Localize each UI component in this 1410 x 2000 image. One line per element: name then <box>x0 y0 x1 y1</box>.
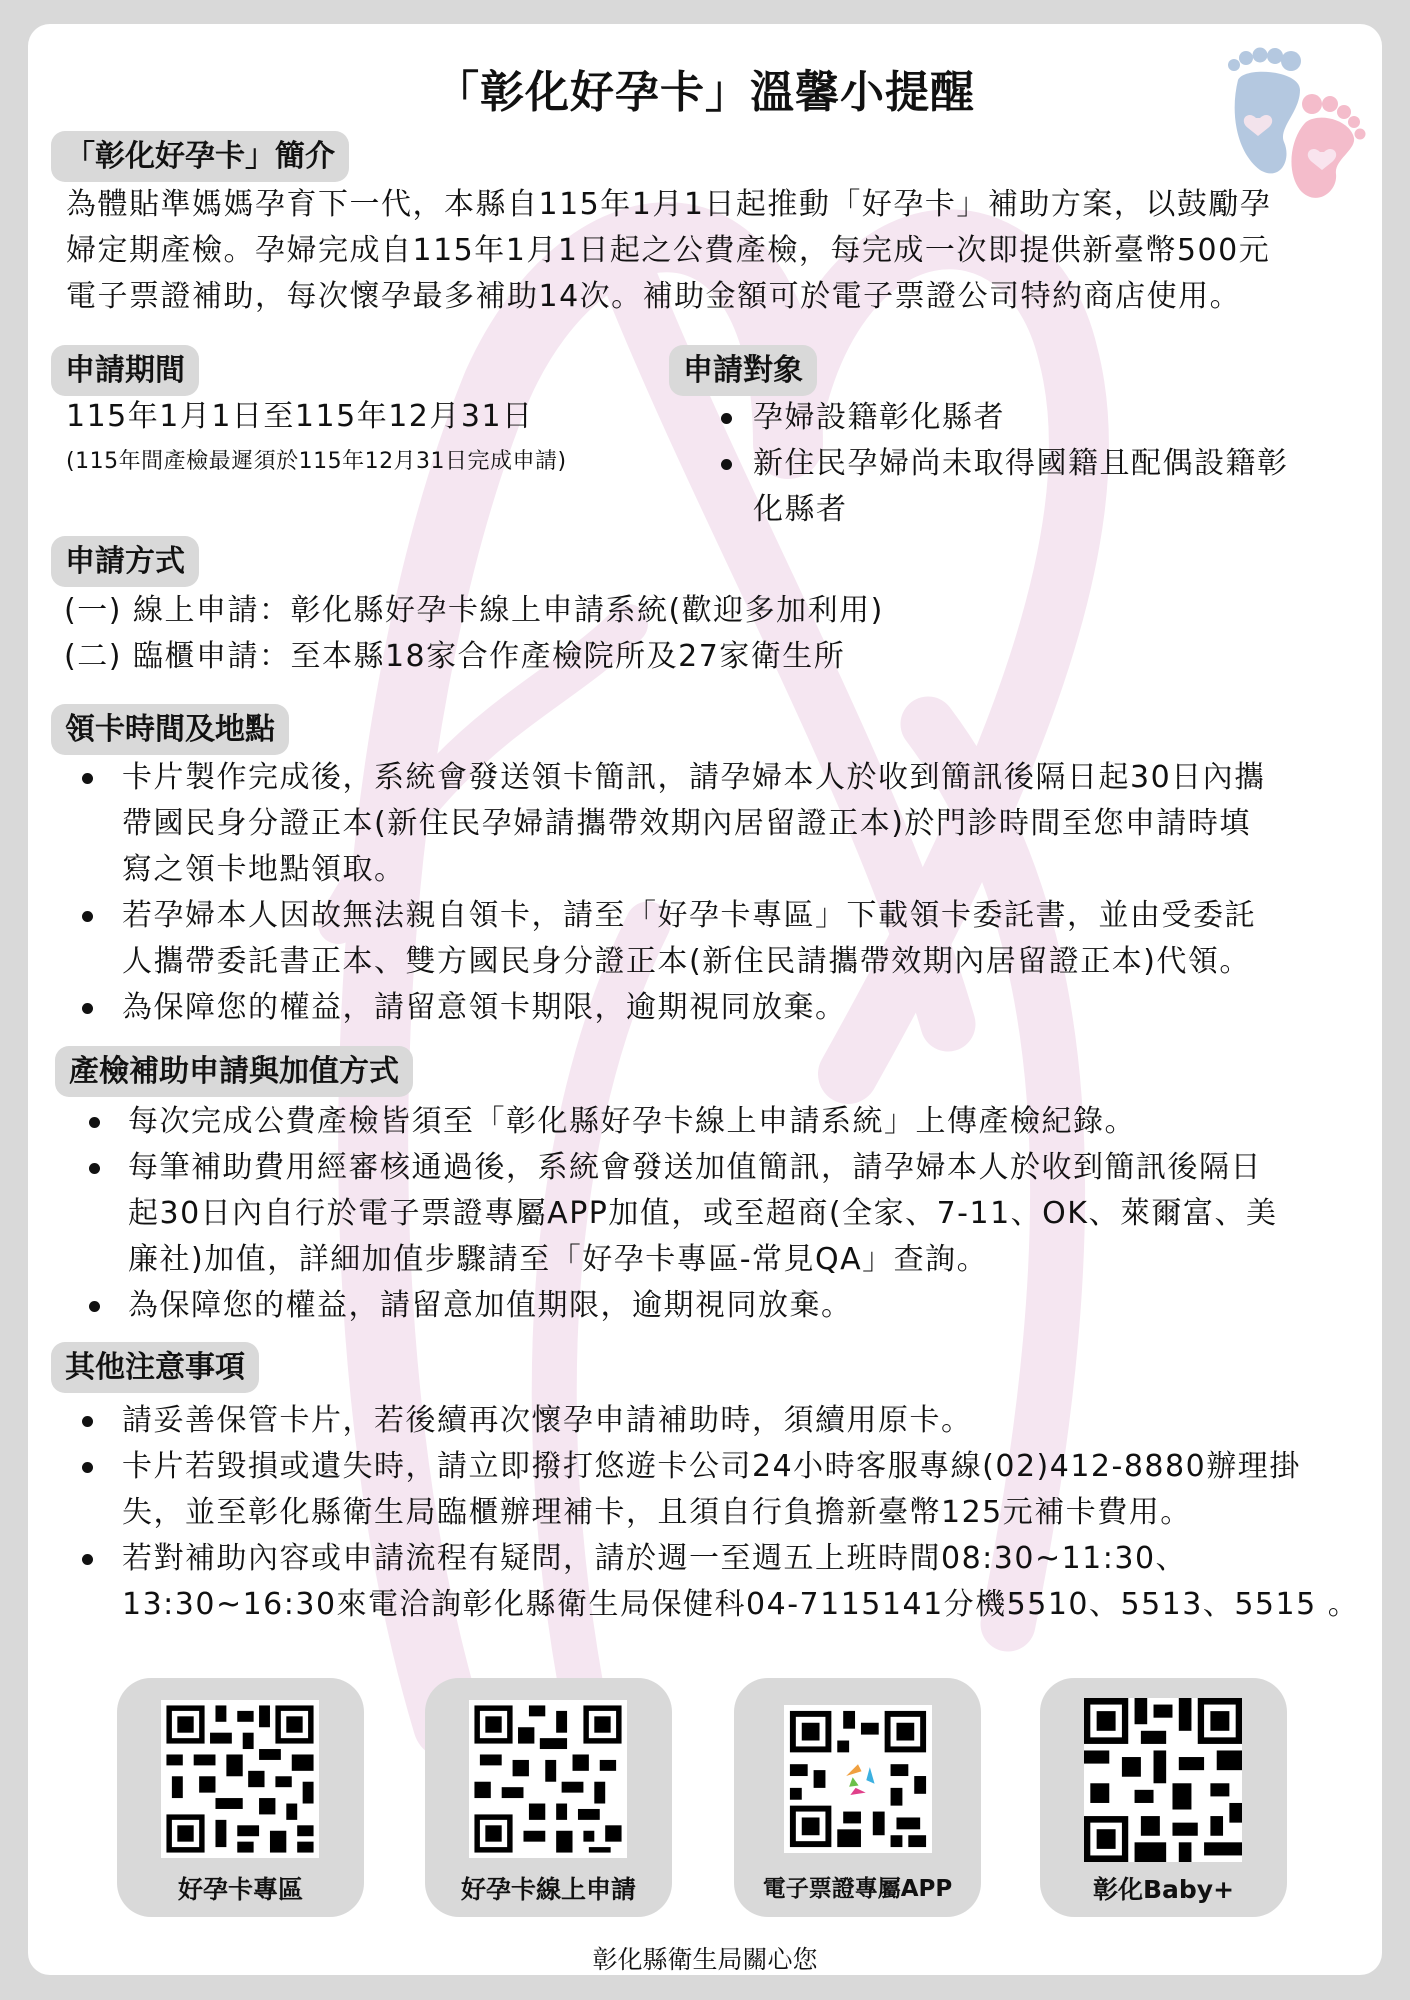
intro-line: 為體貼準媽媽孕育下一代，本縣自115年1月1日起推動「好孕卡」補助方案，以鼓勵孕 <box>66 182 1271 228</box>
method-list: (一) 線上申請：彰化縣好孕卡線上申請系統(歡迎多加利用) (二) 臨櫃申請：至… <box>64 588 884 680</box>
bullet-icon <box>82 1416 93 1427</box>
bullet-icon <box>721 459 732 470</box>
method-counter: (二) 臨櫃申請：至本縣18家合作產檢院所及27家衛生所 <box>64 634 884 680</box>
section-heading-pickup: 領卡時間及地點 <box>51 704 289 755</box>
pickup-list: 卡片製作完成後，系統會發送領卡簡訊，請孕婦本人於收到簡訊後隔日起30日內攜帶國民… <box>82 755 1266 1031</box>
eligibility-list: 孕婦設籍彰化縣者 新住民孕婦尚未取得國籍且配偶設籍彰化縣者 <box>721 395 1289 533</box>
qr-card-online-application[interactable]: 好孕卡線上申請 <box>425 1678 672 1917</box>
bullet-icon <box>82 911 93 922</box>
qr-code-icon[interactable] <box>469 1700 627 1858</box>
qr-code-icon[interactable] <box>161 1700 319 1858</box>
qr-label: 好孕卡專區 <box>117 1870 364 1906</box>
footer-text: 彰化縣衛生局關心您 <box>28 1940 1382 1975</box>
section-heading-subsidy: 產檢補助申請與加值方式 <box>55 1046 413 1097</box>
bullet-icon <box>82 1462 93 1473</box>
qr-code-icon[interactable] <box>1084 1698 1242 1862</box>
list-item: 為保障您的權益，請留意領卡期限，逾期視同放棄。 <box>82 985 1266 1031</box>
section-heading-notes: 其他注意事項 <box>51 1342 259 1393</box>
qr-card-e-ticket-app[interactable]: 電子票證專屬APP <box>734 1678 981 1917</box>
qr-label: 彰化Baby+ <box>1040 1870 1287 1906</box>
bullet-icon <box>721 413 732 424</box>
list-item: 若對補助內容或申請流程有疑問，請於週一至週五上班時間08:30~11:30、13… <box>82 1536 1359 1628</box>
subsidy-list: 每次完成公費產檢皆須至「彰化縣好孕卡線上申請系統」上傳產檢紀錄。 每筆補助費用經… <box>89 1099 1277 1329</box>
bullet-icon <box>82 1003 93 1014</box>
flyer-card: 「彰化好孕卡」溫馨小提醒 「彰化好孕卡」簡介 為體貼準媽媽孕育下一代，本縣自11… <box>28 24 1382 1975</box>
list-item: 為保障您的權益，請留意加值期限，逾期視同放棄。 <box>89 1283 1277 1329</box>
bullet-icon <box>89 1163 100 1174</box>
qr-card-pregnancy-card-zone[interactable]: 好孕卡專區 <box>117 1678 364 1917</box>
section-heading-eligibility: 申請對象 <box>669 345 817 396</box>
list-item: 請妥善保管卡片，若後續再次懷孕申請補助時，須續用原卡。 <box>82 1398 1359 1444</box>
period-note: (115年間產檢最遲須於115年12月31日完成申請) <box>66 444 567 475</box>
list-item: 每筆補助費用經審核通過後，系統會發送加值簡訊，請孕婦本人於收到簡訊後隔日起30日… <box>89 1145 1277 1283</box>
qr-code-icon[interactable] <box>784 1705 932 1853</box>
intro-paragraph: 為體貼準媽媽孕育下一代，本縣自115年1月1日起推動「好孕卡」補助方案，以鼓勵孕… <box>66 182 1271 320</box>
bullet-icon <box>89 1301 100 1312</box>
notes-list: 請妥善保管卡片，若後續再次懷孕申請補助時，須續用原卡。 卡片若毀損或遺失時，請立… <box>82 1398 1359 1628</box>
list-item: 孕婦設籍彰化縣者 <box>721 395 1289 441</box>
list-item: 卡片製作完成後，系統會發送領卡簡訊，請孕婦本人於收到簡訊後隔日起30日內攜帶國民… <box>82 755 1266 893</box>
section-heading-method: 申請方式 <box>51 536 199 587</box>
list-item: 卡片若毀損或遺失時，請立即撥打悠遊卡公司24小時客服專線(02)412-8880… <box>82 1444 1359 1536</box>
intro-line: 婦定期產檢。孕婦完成自115年1月1日起之公費產檢，每完成一次即提供新臺幣500… <box>66 228 1271 274</box>
bullet-icon <box>82 1554 93 1565</box>
qr-label: 電子票證專屬APP <box>734 1870 981 1903</box>
period-range: 115年1月1日至115年12月31日 <box>66 394 534 440</box>
list-item: 新住民孕婦尚未取得國籍且配偶設籍彰化縣者 <box>721 441 1289 533</box>
list-item: 若孕婦本人因故無法親自領卡，請至「好孕卡專區」下載領卡委託書，並由受委託人攜帶委… <box>82 893 1266 985</box>
list-item: 每次完成公費產檢皆須至「彰化縣好孕卡線上申請系統」上傳產檢紀錄。 <box>89 1099 1277 1145</box>
section-heading-intro: 「彰化好孕卡」簡介 <box>51 131 349 182</box>
qr-card-changhua-baby-plus[interactable]: 彰化Baby+ <box>1040 1678 1287 1917</box>
intro-line: 電子票證補助，每次懷孕最多補助14次。補助金額可於電子票證公司特約商店使用。 <box>66 274 1271 320</box>
section-heading-period: 申請期間 <box>51 345 199 396</box>
method-online: (一) 線上申請：彰化縣好孕卡線上申請系統(歡迎多加利用) <box>64 588 884 634</box>
bullet-icon <box>89 1117 100 1128</box>
page-title: 「彰化好孕卡」溫馨小提醒 <box>28 56 1382 120</box>
qr-label: 好孕卡線上申請 <box>425 1870 672 1906</box>
bullet-icon <box>82 773 93 784</box>
